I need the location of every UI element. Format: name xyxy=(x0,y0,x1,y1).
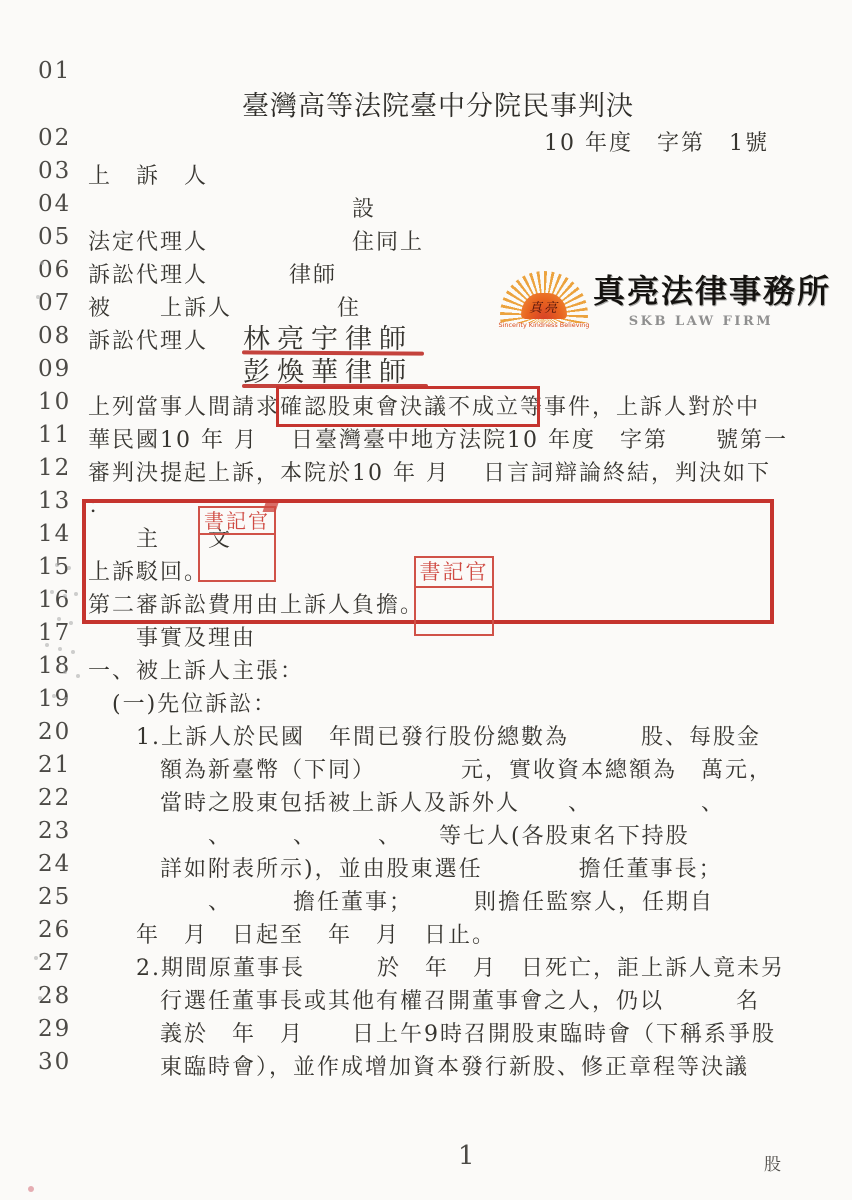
line-text: 當時之股東包括被上訴人及訴外人 、 、 xyxy=(88,786,725,817)
line-text: 訴訟代理人 律師 xyxy=(88,258,337,289)
scan-speck xyxy=(76,674,80,678)
clerk-stamp-1-label: 書記官 xyxy=(200,508,274,535)
line-number: 09 xyxy=(38,356,71,382)
line-text: 上 訴 人 xyxy=(88,159,208,190)
document-line: 09 xyxy=(0,356,852,387)
line-number: 24 xyxy=(38,851,71,877)
line-text: 法定代理人 住同上 xyxy=(88,225,424,256)
line-number: 23 xyxy=(38,818,71,844)
line-number: 05 xyxy=(38,224,71,250)
line-number: 17 xyxy=(38,620,71,646)
document-line: 19 (一)先位訴訟： xyxy=(0,686,852,717)
line-text: 設 xyxy=(88,192,376,223)
line-text: 行選任董事長或其他有權召開董事會之人，仍以 名 xyxy=(88,984,760,1015)
document-line: 28 行選任董事長或其他有權召開董事會之人，仍以 名 xyxy=(0,983,852,1014)
line-number: 01 xyxy=(38,58,71,84)
scan-speck xyxy=(28,1186,34,1192)
line-number: 02 xyxy=(38,125,71,151)
line-text: 一、被上訴人主張： xyxy=(88,654,304,685)
document-line: 01 xyxy=(0,58,852,89)
line-text: 額為新臺幣（下同） 元，實收資本總額為 萬元， xyxy=(88,753,773,784)
document-line: 24 詳如附表所示)，並由股東選任 擔任董事長； xyxy=(0,851,852,882)
line-number: 16 xyxy=(38,587,71,613)
line-text: 義於 年 月 日上午9時召開股東臨時會（下稱系爭股 xyxy=(88,1017,776,1048)
scan-speck xyxy=(71,650,75,654)
line-number: 27 xyxy=(38,950,71,976)
clerk-stamp-2-label: 書記官 xyxy=(416,558,492,588)
line-text: 審判決提起上訴，本院於10 年 月 日言詞辯論終結，判決如下 xyxy=(88,456,771,487)
scan-speck xyxy=(45,643,49,647)
footer-right-mark: 股 xyxy=(764,1150,781,1175)
line-number: 30 xyxy=(38,1049,71,1075)
line-text: 年 月 日起至 年 月 日止。 xyxy=(88,918,496,949)
line-text: 、 擔任董事； 則擔任監察人，任期自 xyxy=(88,885,714,916)
line-text: (一)先位訴訟： xyxy=(88,687,277,718)
line-number: 03 xyxy=(38,158,71,184)
judgment-page: 臺灣高等法院臺中分院民事判決 01 02 10 年度 字第 1號 03 上 訴 … xyxy=(0,0,852,1200)
scan-speck xyxy=(58,647,62,651)
line-text: 2.期間原董事長 於 年 月 日死亡，詎上訴人竟未另 xyxy=(88,951,785,982)
scan-speck xyxy=(40,261,44,265)
document-line: 30 東臨時會），並作成增加資本發行新股、修正章程等決議 xyxy=(0,1049,852,1080)
line-text: 訴訟代理人 xyxy=(88,324,208,355)
document-line: 23 、 、 、 等七人(各股東名下持股 xyxy=(0,818,852,849)
line-number: 04 xyxy=(38,191,71,217)
line-text: 事實及理由 xyxy=(88,621,256,652)
line-number: 14 xyxy=(38,521,71,547)
document-line: 20 1.上訴人於民國 年間已發行股份總數為 股、每股金 xyxy=(0,719,852,750)
firm-name-en: SKB LAW FIRM xyxy=(581,314,821,329)
line-text: 華民國10 年 月 日臺灣臺中地方法院10 年度 字第 號第一 xyxy=(88,423,788,454)
scan-speck xyxy=(74,592,78,596)
scan-speck xyxy=(63,594,67,598)
line-number: 28 xyxy=(38,983,71,1009)
document-line: 21 額為新臺幣（下同） 元，實收資本總額為 萬元， xyxy=(0,752,852,783)
line-number: 29 xyxy=(38,1016,71,1042)
document-title: 臺灣高等法院臺中分院民事判決 xyxy=(242,84,634,123)
document-line: 05 法定代理人 住同上 xyxy=(0,224,852,255)
line-number: 10 xyxy=(38,389,71,415)
line-text: 10 年度 字第 1號 xyxy=(88,126,769,157)
document-line: 12 審判決提起上訴，本院於10 年 月 日言詞辯論終結，判決如下 xyxy=(0,455,852,486)
scan-speck xyxy=(67,566,71,570)
sun-logo-icon: 真亮 Sincerity Kindness Believing xyxy=(498,265,590,327)
line-number: 07 xyxy=(38,290,71,316)
red-highlight-box-case-type xyxy=(276,386,540,427)
line-text: 詳如附表所示)，並由股東選任 擔任董事長； xyxy=(88,852,723,883)
document-line: 18 一、被上訴人主張： xyxy=(0,653,852,684)
scan-speck xyxy=(52,694,56,698)
scan-speck xyxy=(57,617,61,621)
line-number: 26 xyxy=(38,917,71,943)
scan-speck xyxy=(55,563,59,567)
scan-speck xyxy=(36,295,40,299)
seal-text: 真亮 xyxy=(529,297,559,316)
line-text: 1.上訴人於民國 年間已發行股份總數為 股、每股金 xyxy=(88,720,761,751)
line-number: 08 xyxy=(38,323,71,349)
document-line: 29 義於 年 月 日上午9時召開股東臨時會（下稱系爭股 xyxy=(0,1016,852,1047)
line-number: 12 xyxy=(38,455,71,481)
clerk-stamp-2: 書記官 xyxy=(414,556,494,636)
scan-speck xyxy=(38,996,42,1000)
document-line: 03 上 訴 人 xyxy=(0,158,852,189)
line-number: 18 xyxy=(38,653,71,679)
scan-speck xyxy=(34,956,38,960)
firm-name-zh: 真亮法律事務所 xyxy=(593,266,831,312)
scan-speck xyxy=(69,621,73,625)
clerk-stamp-1: 書記官 xyxy=(198,506,276,582)
document-line: 04 設 xyxy=(0,191,852,222)
logo-tagline: Sincerity Kindness Believing xyxy=(498,321,590,328)
scan-speck xyxy=(50,590,54,594)
document-line: 25 、 擔任董事； 則擔任監察人，任期自 xyxy=(0,884,852,915)
line-number: 13 xyxy=(38,488,71,514)
line-text: 、 、 、 等七人(各股東名下持股 xyxy=(88,819,690,850)
document-line: 26 年 月 日起至 年 月 日止。 xyxy=(0,917,852,948)
line-number: 11 xyxy=(38,422,71,448)
line-number: 21 xyxy=(38,752,71,778)
document-line: 27 2.期間原董事長 於 年 月 日死亡，詎上訴人竟未另 xyxy=(0,950,852,981)
line-number: 25 xyxy=(38,884,71,910)
page-number: 1 xyxy=(458,1141,475,1171)
line-number: 20 xyxy=(38,719,71,745)
line-number: 22 xyxy=(38,785,71,811)
document-line: 02 10 年度 字第 1號 xyxy=(0,125,852,156)
document-line: 22 當時之股東包括被上訴人及訴外人 、 、 xyxy=(0,785,852,816)
scan-speck xyxy=(64,697,68,701)
line-text: 東臨時會），並作成增加資本發行新股、修正章程等決議 xyxy=(88,1050,749,1081)
scan-speck xyxy=(63,670,67,674)
